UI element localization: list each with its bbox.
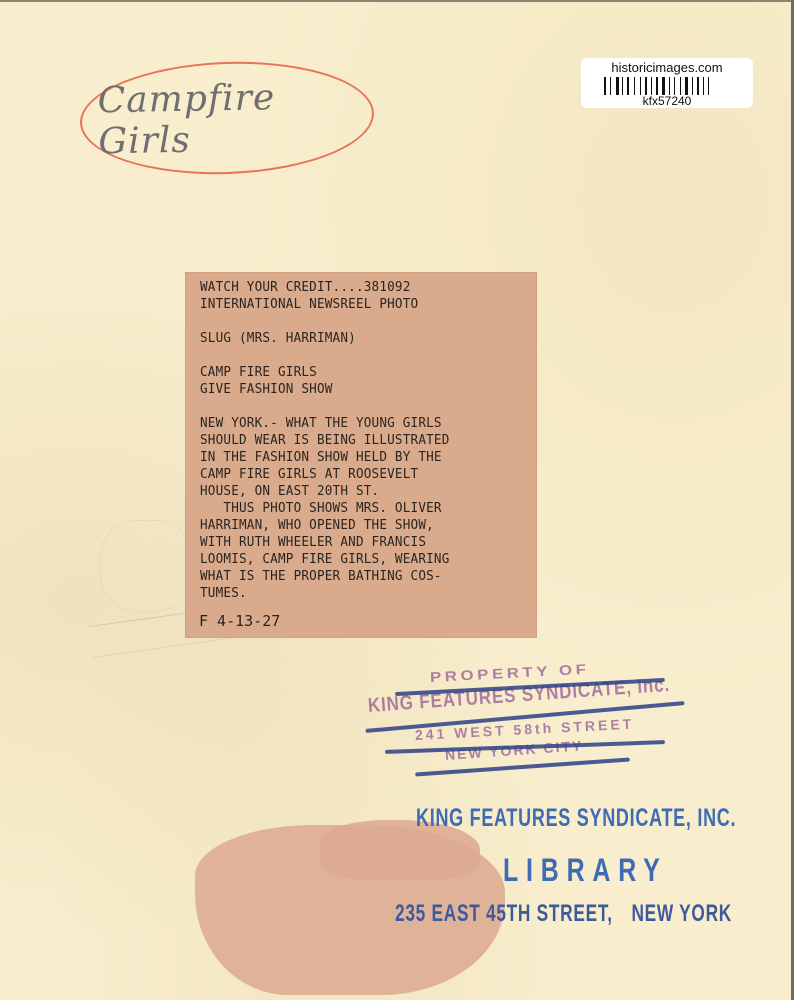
caption-clipping: WATCH YOUR CREDIT....381092 INTERNATIONA… (185, 272, 537, 638)
stamp-line-address: 241 WEST 58th STREET (415, 716, 635, 743)
historicimages-label: historicimages.com kfx57240 (581, 58, 753, 108)
library-stamp-address: 235 EAST 45TH STREET,NEW YORK (395, 900, 732, 928)
library-stamp-title: LIBRARY (503, 852, 668, 889)
library-stamp-company: KING FEATURES SYNDICATE, INC. (416, 804, 736, 833)
faint-stamp-mark (100, 520, 192, 612)
handwritten-note: Campfire Girls (97, 76, 368, 163)
caption-text: WATCH YOUR CREDIT....381092 INTERNATIONA… (200, 279, 506, 602)
cancelled-property-stamp: PROPERTY OF KING FEATURES SYNDICATE, Inc… (360, 655, 690, 775)
scan-top-edge (0, 0, 794, 2)
label-site: historicimages.com (611, 61, 722, 75)
caption-date-code: F 4-13-27 (199, 612, 280, 630)
barcode-icon (604, 77, 730, 95)
library-stamp-city: NEW YORK (631, 900, 731, 927)
library-stamp-street: 235 EAST 45TH STREET, (395, 900, 613, 927)
label-barcode-id: kfx57240 (643, 95, 692, 108)
